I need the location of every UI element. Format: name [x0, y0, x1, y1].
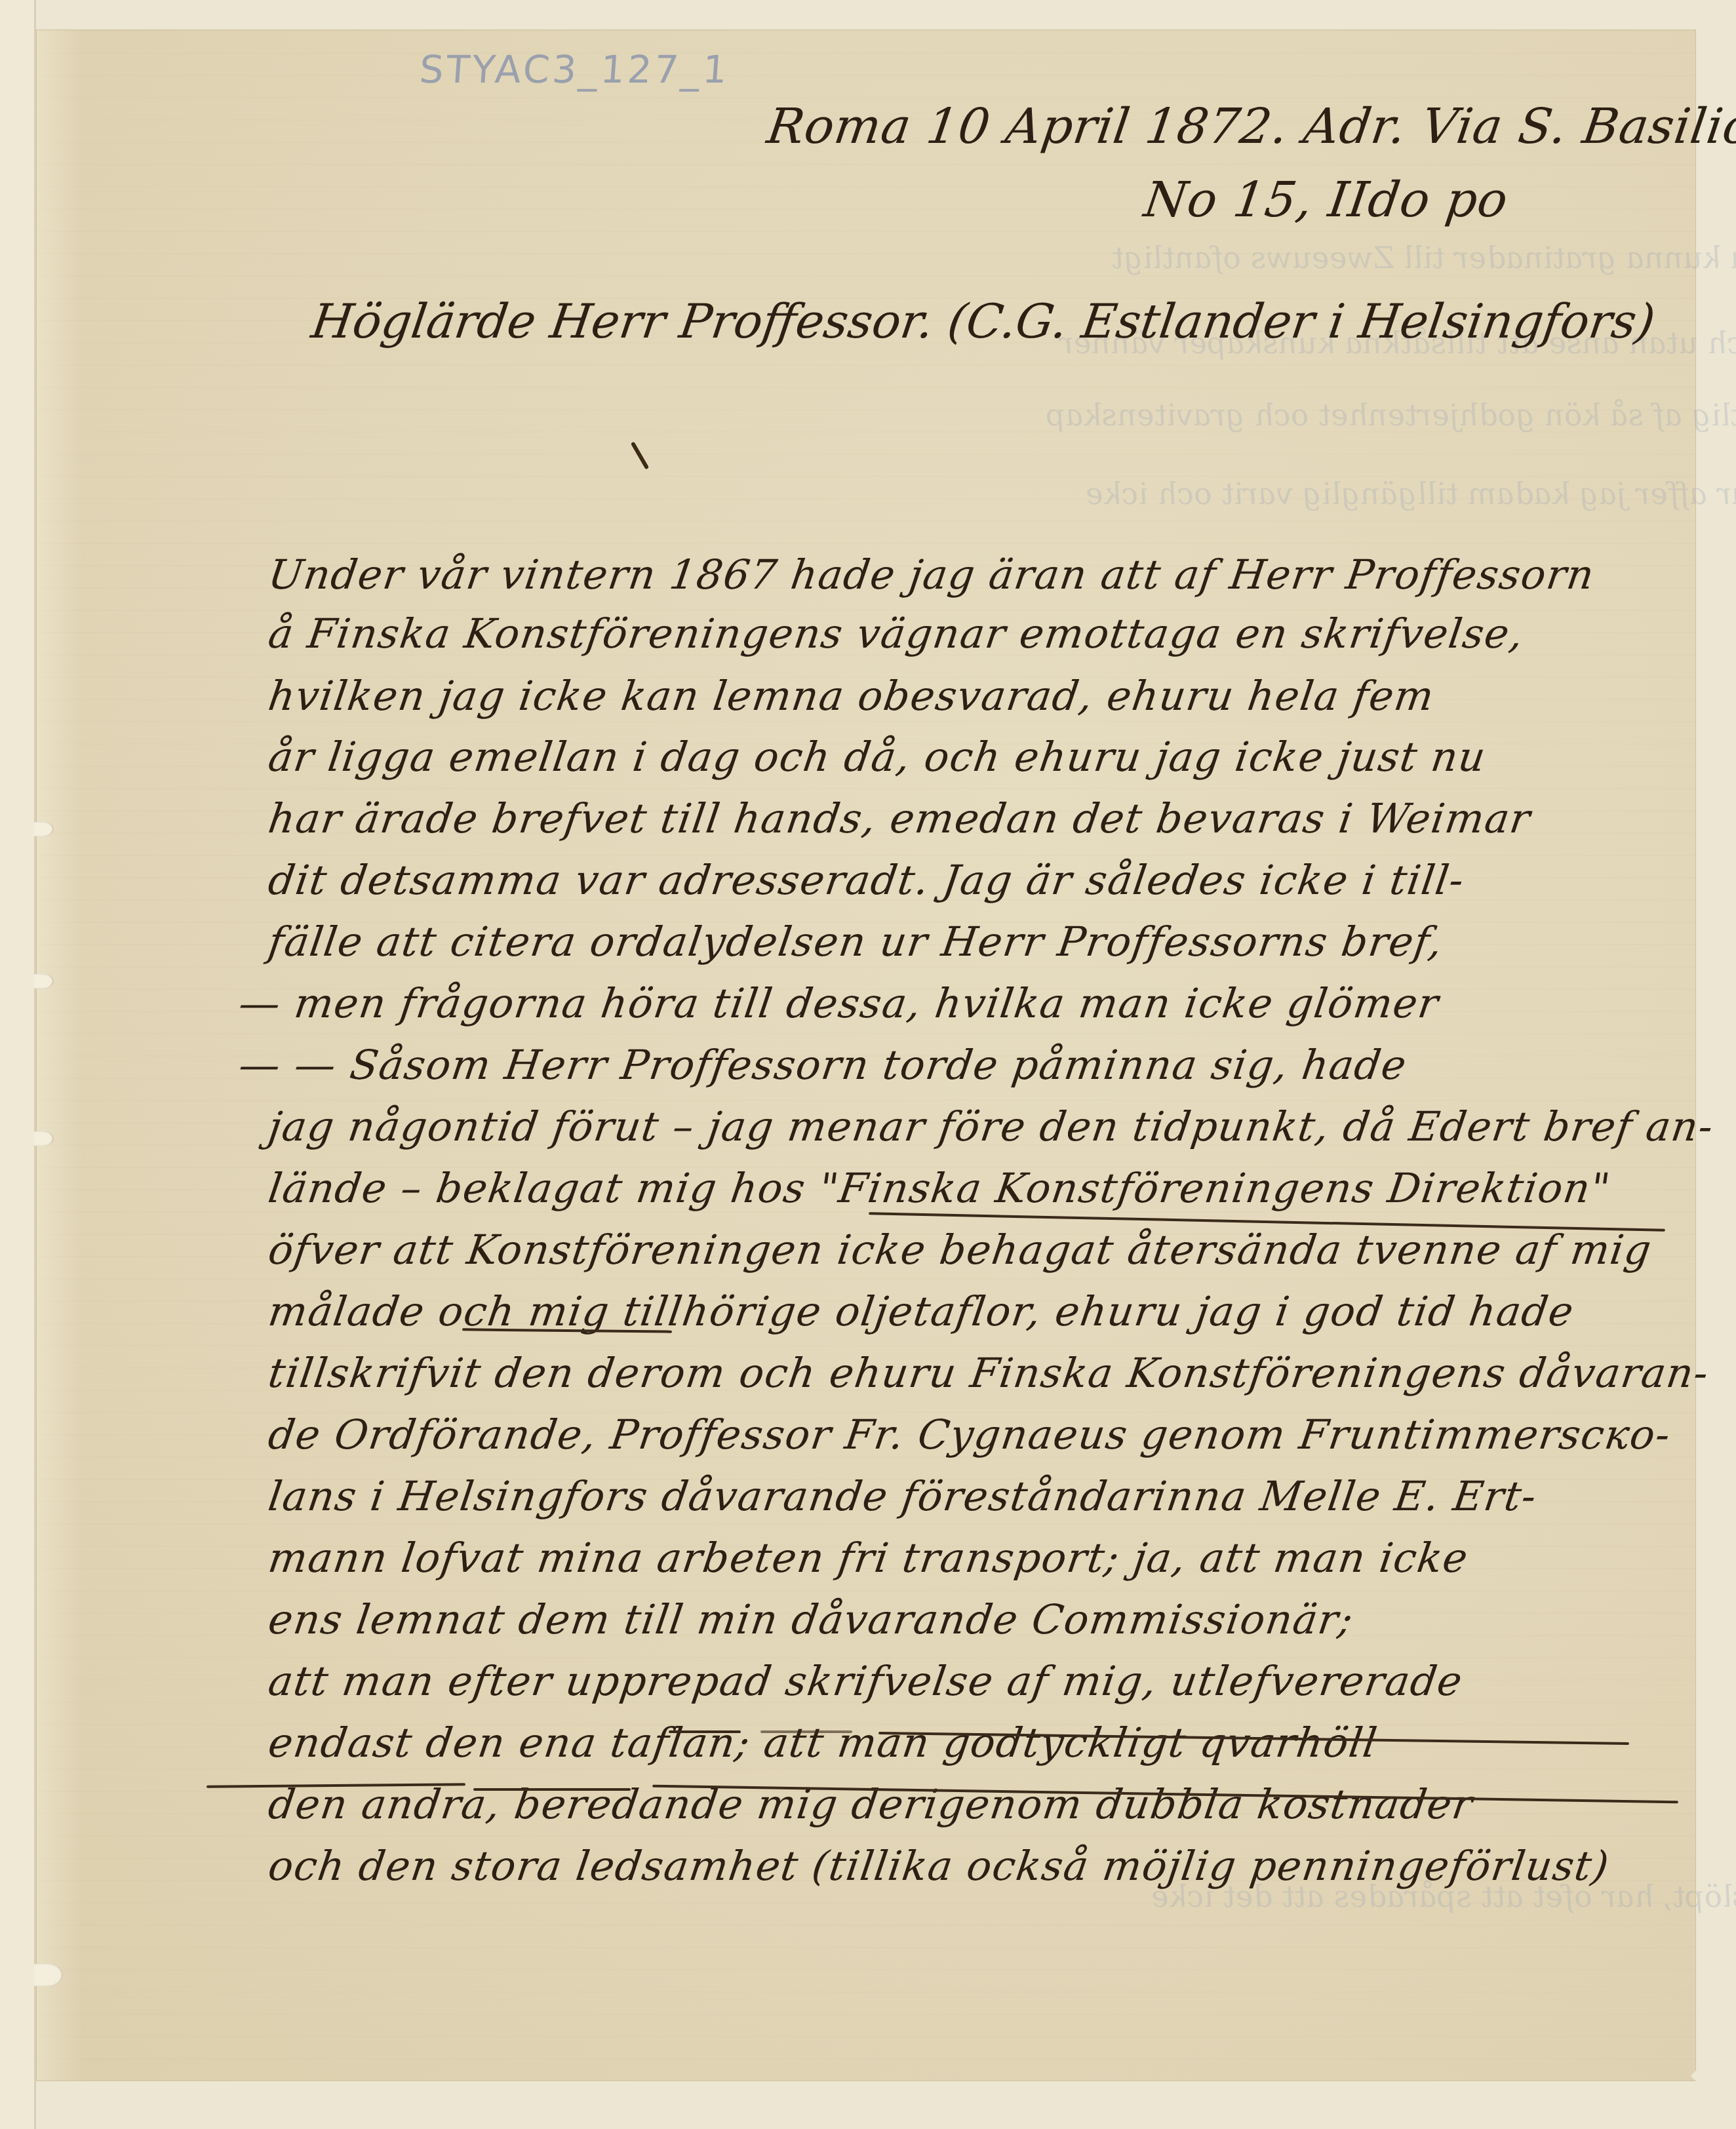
- punch-hole: [34, 822, 54, 836]
- body-line: jag någontid förut – jag menar före den …: [266, 1103, 1701, 1150]
- body-line: lans i Helsingfors dåvarande föreståndar…: [266, 1472, 1701, 1520]
- body-line: dit detsamma var adresseradt. Jag är sål…: [266, 856, 1701, 904]
- body-line: lände – beklagat mig hos "Finska Konstfö…: [266, 1164, 1701, 1212]
- body-line: hvilken jag icke kan lemna obesvarad, eh…: [266, 672, 1701, 720]
- body-line: öfver att Konstföreningen icke behagat å…: [266, 1226, 1701, 1274]
- body-line: den andra, beredande mig derigenom dubbl…: [266, 1780, 1701, 1828]
- bleed-through-text: gaf—knuttar affer jag kadam tillgänglig …: [1083, 476, 1736, 511]
- body-line: år ligga emellan i dag och då, och ehuru…: [266, 733, 1701, 781]
- letter-place-date: Roma 10 April 1872. Adr. Via S. Basilio: [764, 98, 1736, 155]
- letter-salutation: Höglärde Herr Proffessor. (C.G. Estlande…: [308, 294, 1659, 349]
- body-line: å Finska Konstföreningens vägnar emottag…: [266, 610, 1701, 657]
- underline-beredande-mig: [473, 1788, 631, 1791]
- body-line: tillskrifvit den derom och ehuru Finska …: [266, 1349, 1701, 1397]
- archive-stamp: STYAC3_127_1: [418, 47, 732, 92]
- underline-taflan: [760, 1730, 852, 1733]
- body-line: och den stora ledsamhet (tillika också m…: [266, 1842, 1701, 1890]
- body-line-segment: lände – beklagat mig hos "Finska Konstfö…: [266, 1164, 1614, 1212]
- body-line: fälle att citera ordalydelsen ur Herr Pr…: [266, 918, 1701, 966]
- body-line: att man efter upprepad skrifvelse af mig…: [266, 1657, 1701, 1705]
- body-line: ens lemnat dem till min dåvarande Commis…: [266, 1595, 1701, 1643]
- body-line: mann lofvat mina arbeten fri transport; …: [266, 1534, 1701, 1582]
- punch-hole: [34, 974, 54, 988]
- scan-mount-edge: [0, 0, 36, 2129]
- body-line: de Ordförande, Proffessor Fr. Cygnaeus g…: [266, 1411, 1701, 1458]
- letter-address-number: No 15, IIdo po: [1141, 172, 1512, 228]
- bleed-through-text: kön tåls ofantlig af så kön godhjertenhe…: [1044, 397, 1736, 433]
- punch-hole: [34, 1964, 63, 1986]
- underline-ena: [669, 1730, 741, 1733]
- bleed-through-text: att arbetet icke mera kunna gratinader t…: [1109, 240, 1736, 275]
- punch-hole: [34, 1131, 54, 1146]
- body-line: — — Såsom Herr Proffessorn torde påminna…: [236, 1041, 1672, 1089]
- body-line: — men frågorna höra till dessa, hvilka m…: [236, 979, 1672, 1027]
- body-line: Under vår vintern 1867 hade jag äran att…: [266, 551, 1701, 598]
- paper-corner-cut: [1691, 2063, 1715, 2088]
- body-line: har ärade brefvet till hands, emedan det…: [266, 794, 1701, 842]
